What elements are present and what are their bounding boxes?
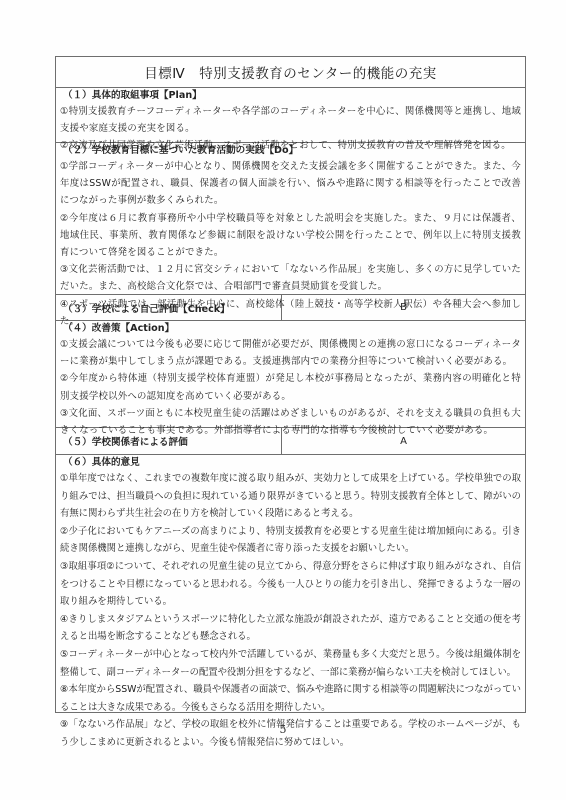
document-page: 目標Ⅳ 特別支援教育のセンター的機能の充実 （１）具体的取組事項【Plan】 ①… bbox=[0, 0, 566, 800]
page-number: 5 bbox=[0, 723, 566, 736]
list-item: ⑤コーディネーターが中心となって校内外で活躍しているが、業務量も多く大変だと思う… bbox=[60, 646, 521, 681]
list-item: ⑧本年度からSSWが配置され、職員や保護者の面談で、悩みや進路に関する相談等の問… bbox=[60, 681, 521, 716]
section-check: （３）学校による自己評価【Check】 B bbox=[56, 295, 525, 321]
section-plan: （１）具体的取組事項【Plan】 ①特別支援教育チーフコーディネーターや各学部の… bbox=[56, 88, 525, 143]
list-item: ③文化芸術活動では、１２月に宮交シティにおいて「なないろ作品展」を実施し、多くの… bbox=[60, 261, 521, 295]
list-item: ①学部コーディネーターが中心となり、関係機関を交えた支援会議を多く開催することが… bbox=[60, 158, 521, 210]
evaluation-table: 目標Ⅳ 特別支援教育のセンター的機能の充実 （１）具体的取組事項【Plan】 ①… bbox=[55, 56, 526, 713]
section-heading: （４）改善策【Action】 bbox=[60, 322, 521, 336]
list-item: ②少子化においてもケアニーズの高まりにより、特別支援教育を必要とする児童生徒は増… bbox=[60, 523, 521, 558]
list-item: ②今年度は６月に教育事務所や小中学校職員等を対象とした説明会を実施した。また、９… bbox=[60, 210, 521, 262]
check-label: （３）学校による自己評価【Check】 bbox=[56, 295, 282, 320]
section-opinions: （６）具体的意見 ①単年度ではなく、これまでの複数年度に渡る取り組みが、実効力と… bbox=[56, 455, 525, 712]
list-item: ④きりしまスタジアムというスポーツに特化した立派な施設が創設されたが、遠方である… bbox=[60, 611, 521, 646]
check-grade: B bbox=[282, 295, 525, 320]
section-heading: （１）具体的取組事項【Plan】 bbox=[60, 89, 521, 103]
list-item: ①単年度ではなく、これまでの複数年度に渡る取り組みが、実効力として成果を上げてい… bbox=[60, 470, 521, 523]
section-heading: （６）具体的意見 bbox=[60, 456, 521, 470]
list-item: ①特別支援教育チーフコーディネーターや各学部のコーディネーターを中心に、関係機関… bbox=[60, 103, 521, 137]
stakeholder-eval-grade: A bbox=[282, 428, 525, 454]
list-item: ①支援会議については今後も必要に応じて開催が必要だが、関係機関との連携の窓口にな… bbox=[60, 336, 521, 370]
list-item: ③取組事項②について、それぞれの児童生徒の見立てから、得意分野をさらに伸ばす取り… bbox=[60, 558, 521, 611]
section-stakeholder-evaluation: （５）学校関係者による評価 A bbox=[56, 428, 525, 455]
document-title: 目標Ⅳ 特別支援教育のセンター的機能の充実 bbox=[56, 57, 525, 88]
section-do: （２）学校教育目標に基づいた教育活動の実践【Do】 ①学部コーディネーターが中心… bbox=[56, 143, 525, 295]
list-item: ②今年度から特体連（特別支援学校体育連盟）が発足し本校が事務局となったが、業務内… bbox=[60, 370, 521, 404]
section-action: （４）改善策【Action】 ①支援会議については今後も必要に応じて開催が必要だ… bbox=[56, 321, 525, 428]
stakeholder-eval-label: （５）学校関係者による評価 bbox=[56, 428, 282, 454]
